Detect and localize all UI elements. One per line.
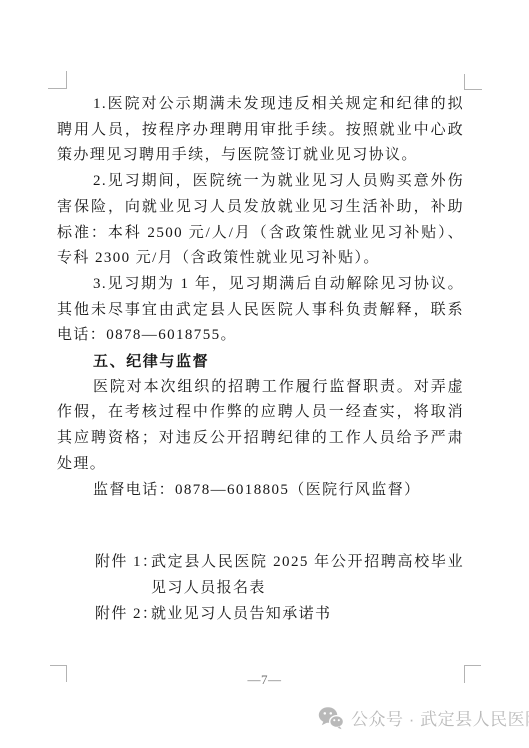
document-page: { "document": { "paragraphs": [ { "text"…: [0, 0, 529, 748]
paragraph: 1.医院对公示期满未发现违反相关规定和纪律的拟聘用人员，按程序办理聘用审批手续。…: [57, 92, 464, 169]
watermark: 公众号 · 武定县人民医院: [318, 705, 529, 730]
attachment-label: 附件 1：: [95, 550, 151, 601]
watermark-text: 公众号 · 武定县人民医院: [351, 705, 529, 730]
attachment-item: 附件 2： 就业见习人员告知承诺书: [57, 602, 464, 628]
page-number: —7—: [0, 672, 529, 688]
attachment-title: 武定县人民医院 2025 年公开招聘高校毕业见习人员报名表: [151, 550, 464, 601]
attachment-label: 附件 2：: [95, 602, 151, 628]
paragraph: 2.见习期间，医院统一为就业见习人员购买意外伤害保险，向就业见习人员发放就业见习…: [57, 169, 464, 272]
attachment-item: 附件 1： 武定县人民医院 2025 年公开招聘高校毕业见习人员报名表: [57, 550, 464, 601]
paragraph: 3.见习期为 1 年，见习期满后自动解除见习协议。其他未尽事宜由武定县人民医院人…: [57, 272, 464, 349]
paragraph: 医院对本次组织的招聘工作履行监督职责。对弄虚作假，在考核过程中作弊的应聘人员一经…: [57, 375, 464, 478]
crop-mark-top-left: [48, 71, 67, 89]
section-heading: 五、纪律与监督: [57, 349, 464, 375]
document-body: 1.医院对公示期满未发现违反相关规定和纪律的拟聘用人员，按程序办理聘用审批手续。…: [57, 92, 464, 627]
crop-mark-top-right: [464, 74, 482, 90]
paragraph: 监督电话：0878—6018805（医院行风监督）: [57, 478, 464, 504]
attachments-list: 附件 1： 武定县人民医院 2025 年公开招聘高校毕业见习人员报名表 附件 2…: [57, 550, 464, 627]
attachment-title: 就业见习人员告知承诺书: [151, 602, 464, 628]
wechat-icon: [318, 706, 344, 730]
